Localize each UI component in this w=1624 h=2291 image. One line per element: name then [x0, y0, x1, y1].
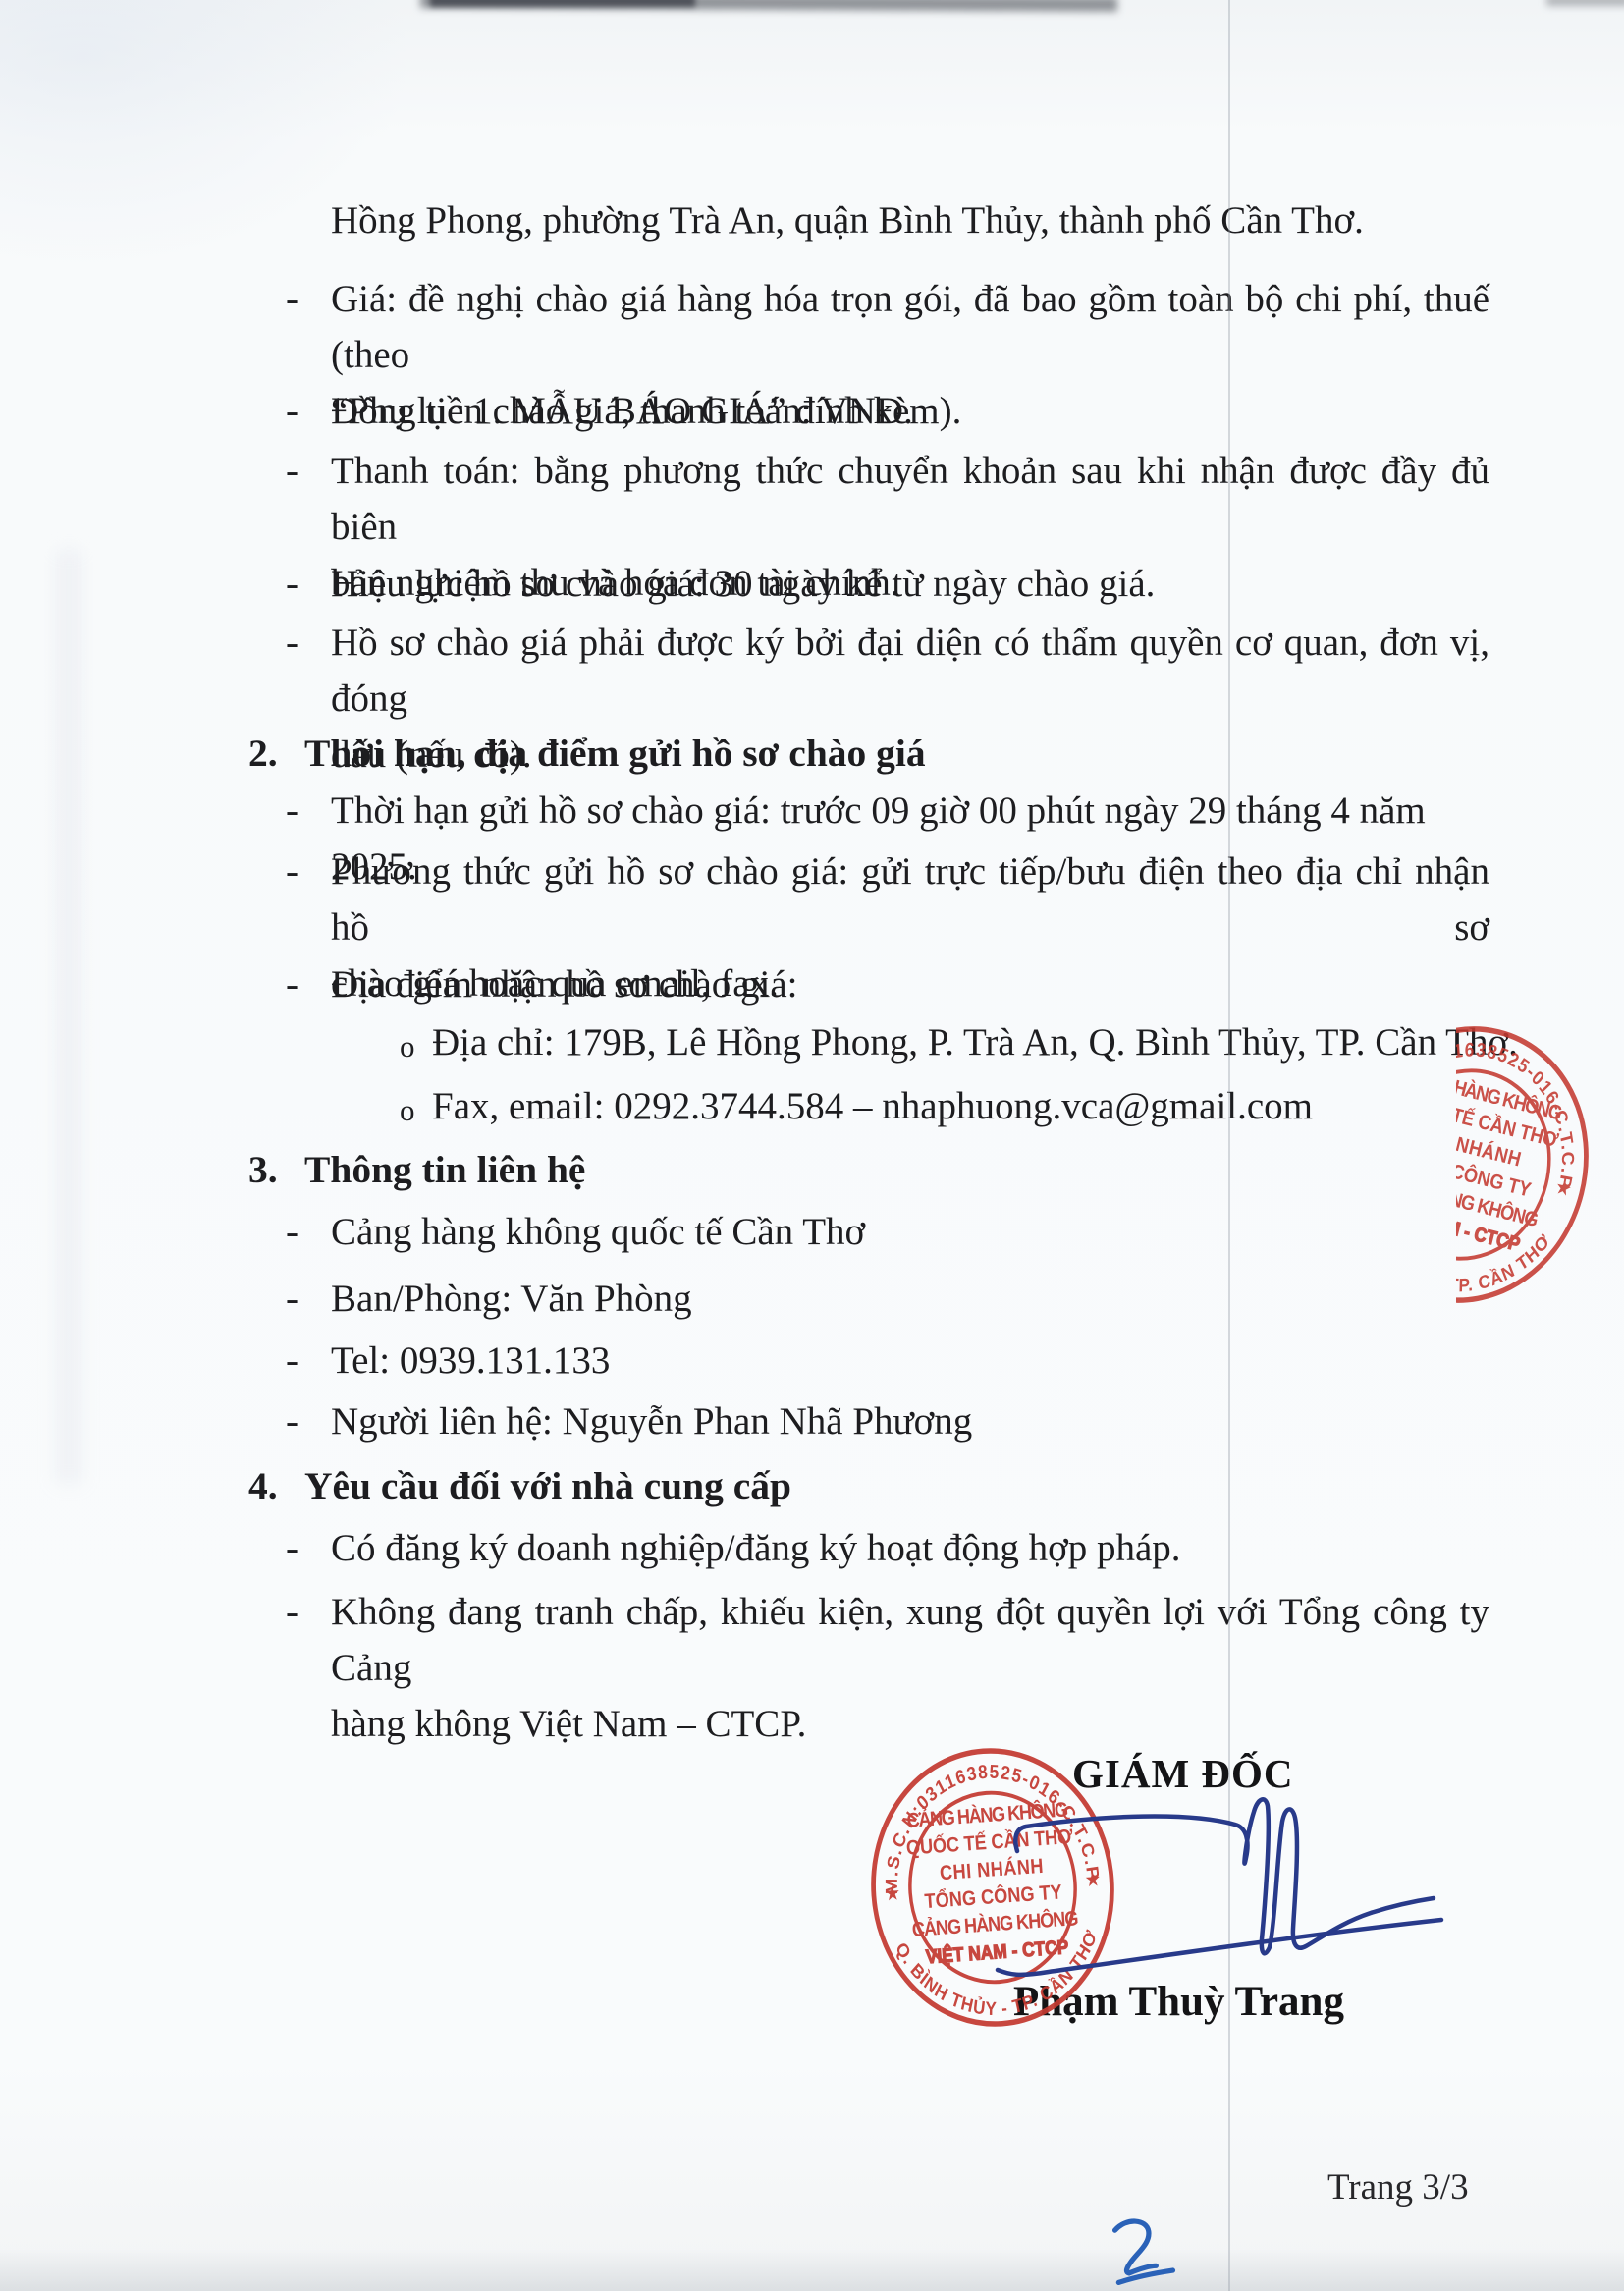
bullet-line: hàng không Việt Nam – CTCP. [331, 1696, 1489, 1752]
bullet-line: Phương thức gửi hồ sơ chào giá: gửi trực… [331, 844, 1489, 955]
page-number-label: Trang 3/3 [1327, 2166, 1469, 2209]
bullet-line: Không đang tranh chấp, khiếu kiện, xung … [331, 1584, 1489, 1696]
star-icon: ★ [1553, 1176, 1574, 1202]
dash-marker: - [286, 844, 298, 900]
list-item: - Người liên hệ: Nguyễn Phan Nhã Phương [286, 1393, 1489, 1449]
section-title: Thông tin liên hệ [304, 1142, 585, 1198]
bullet-line: Cảng hàng không quốc tế Cần Thơ [331, 1204, 1489, 1260]
bullet-line: Địa điểm nhận hồ sơ chào giá: [331, 956, 1489, 1012]
section-number: 2. [248, 726, 304, 782]
dash-marker: - [286, 556, 298, 612]
dash-marker: - [286, 783, 298, 839]
scanned-document-page: { "markers": { "dash": "-", "circle": "o… [0, 0, 1624, 2291]
signature-stroke [1015, 1799, 1434, 1953]
dash-marker: - [286, 1204, 298, 1260]
section-title: Thời hạn, địa điểm gửi hồ sơ chào giá [304, 726, 926, 782]
sub-list-item: o Địa chỉ: 179B, Lê Hồng Phong, P. Trà A… [400, 1014, 1518, 1074]
list-item: - Cảng hàng không quốc tế Cần Thơ [286, 1204, 1489, 1260]
bullet-line: Có đăng ký doanh nghiệp/đăng ký hoạt độn… [331, 1520, 1489, 1576]
circle-marker: o [400, 1014, 432, 1074]
scan-smudge [1546, 0, 1624, 6]
sub-bullet-text: Địa chỉ: 179B, Lê Hồng Phong, P. Trà An,… [432, 1014, 1518, 1074]
bullet-line: Đồng tiền chào giá, thanh toán: VNĐ. [331, 383, 1489, 439]
dash-marker: - [286, 956, 298, 1012]
list-item: - Địa điểm nhận hồ sơ chào giá: [286, 956, 1489, 1012]
list-item: - Đồng tiền chào giá, thanh toán: VNĐ. [286, 383, 1489, 439]
star-icon: ★ [884, 1882, 901, 1905]
dash-marker: - [286, 1333, 298, 1389]
scan-smudge [430, 0, 695, 7]
list-item: - Tel: 0939.131.133 [286, 1333, 1489, 1389]
dash-marker: - [286, 1271, 298, 1327]
sub-bullet-text: Fax, email: 0292.3744.584 – nhaphuong.vc… [432, 1078, 1313, 1138]
dash-marker: - [286, 443, 298, 499]
bullet-line: Hiệu lực hồ sơ chào giá: 30 ngày kể từ n… [331, 556, 1489, 612]
dash-marker: - [286, 383, 298, 439]
bullet-line: Hồ sơ chào giá phải được ký bởi đại diện… [331, 615, 1489, 727]
dash-marker: - [286, 1393, 298, 1449]
bullet-line: Người liên hệ: Nguyễn Phan Nhã Phương [331, 1393, 1489, 1449]
bullet-line: Tel: 0939.131.133 [331, 1333, 1489, 1389]
scan-shading [0, 2249, 1624, 2291]
dash-marker: - [286, 615, 298, 671]
section-number: 4. [248, 1458, 304, 1514]
scan-streak [57, 550, 81, 1483]
dash-marker: - [286, 1520, 298, 1576]
list-item: - Không đang tranh chấp, khiếu kiện, xun… [286, 1584, 1489, 1752]
initial-stroke [1115, 2221, 1157, 2273]
star-icon: ★ [1358, 1127, 1379, 1153]
paragraph-continuation: Hồng Phong, phường Trà An, quận Bình Thủ… [331, 192, 1499, 248]
section-heading: 2. Thời hạn, địa điểm gửi hồ sơ chào giá [248, 726, 926, 782]
dash-marker: - [286, 271, 298, 327]
section-number: 3. [248, 1142, 304, 1198]
handwritten-initial [1098, 2215, 1191, 2290]
list-item: - Hiệu lực hồ sơ chào giá: 30 ngày kể từ… [286, 556, 1489, 612]
dash-marker: - [286, 1584, 298, 1640]
signature-underline [998, 1920, 1441, 1975]
list-item: - Ban/Phòng: Văn Phòng [286, 1271, 1489, 1327]
list-item: - Có đăng ký doanh nghiệp/đăng ký hoạt đ… [286, 1520, 1489, 1576]
bullet-line: Giá: đề nghị chào giá hàng hóa trọn gói,… [331, 271, 1489, 383]
section-heading: 3. Thông tin liên hệ [248, 1142, 585, 1198]
section-title: Yêu cầu đối với nhà cung cấp [304, 1458, 791, 1514]
circle-marker: o [400, 1078, 432, 1138]
section-heading: 4. Yêu cầu đối với nhà cung cấp [248, 1458, 791, 1514]
sub-list-item: o Fax, email: 0292.3744.584 – nhaphuong.… [400, 1078, 1313, 1138]
bullet-line: Thanh toán: bằng phương thức chuyển khoả… [331, 443, 1489, 555]
signature-ink [992, 1792, 1453, 1989]
bullet-line: Ban/Phòng: Văn Phòng [331, 1271, 1489, 1327]
